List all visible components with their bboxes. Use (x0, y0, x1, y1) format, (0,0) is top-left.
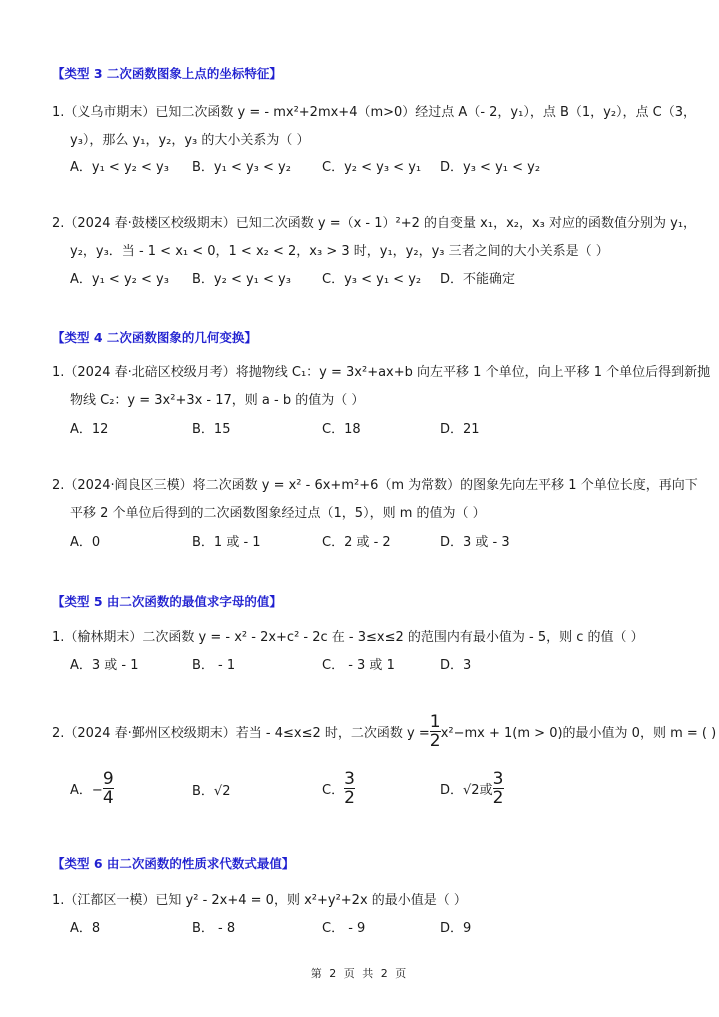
option-c: C．y₂ < y₃ < y₁ (322, 156, 421, 175)
option-d: D．不能确定 (440, 268, 515, 287)
question-text: 2.（2024 春·鄞州区校级期末）若当 - 4≤x≤2 时，二次函数 y = … (52, 713, 716, 750)
option-c: C． 32 (322, 770, 355, 807)
question-text: 2.（2024·阎良区三模）将二次函数 y = x² - 6x+m²+6（m 为… (52, 474, 698, 493)
question-text: 1.（榆林期末）二次函数 y = - x² - 2x+c² - 2c 在 - 3… (52, 626, 644, 645)
option-d: D．3 或 - 3 (440, 531, 510, 550)
fraction-one-half: 1 2 (430, 713, 441, 750)
question-text-pre: 2.（2024 春·鄞州区校级期末）若当 - 4≤x≤2 时，二次函数 y = (52, 722, 430, 741)
option-a: A．8 (70, 917, 100, 936)
fraction: 94 (103, 770, 114, 807)
option-c: C． - 3 或 1 (322, 654, 395, 673)
question-text: 1.（江都区一模）已知 y² - 2x+4 = 0，则 x²+y²+2x 的最小… (52, 889, 467, 908)
option-a: A．y₁ < y₂ < y₃ (70, 268, 169, 287)
page-footer: 第 2 页 共 2 页 (0, 965, 719, 981)
option-d: D．y₃ < y₁ < y₂ (440, 156, 540, 175)
option-b: B．y₂ < y₁ < y₃ (192, 268, 291, 287)
option-b: B．15 (192, 418, 230, 437)
question-text-post: x²−mx + 1(m > 0)的最小值为 0，则 m = ( ) (441, 722, 716, 741)
option-a: A．− 94 (70, 770, 114, 807)
option-c: C．y₃ < y₁ < y₂ (322, 268, 421, 287)
option-c: C．2 或 - 2 (322, 531, 391, 550)
question-text-continued: y₂，y₃．当 - 1 < x₁ < 0，1 < x₂ < 2，x₃ > 3 时… (70, 240, 609, 259)
section-heading-type5: 【类型 5 由二次函数的最值求字母的值】 (52, 592, 282, 610)
option-a: A．y₁ < y₂ < y₃ (70, 156, 169, 175)
section-heading-type4: 【类型 4 二次函数图象的几何变换】 (52, 328, 257, 346)
option-d: D．9 (440, 917, 471, 936)
question-text: 1.（义乌市期末）已知二次函数 y = - mx²+2mx+4（m>0）经过点 … (52, 101, 696, 120)
question-text-continued: 平移 2 个单位后得到的二次函数图象经过点（1，5），则 m 的值为（ ） (70, 502, 486, 521)
option-a: A．12 (70, 418, 108, 437)
option-a: A．0 (70, 531, 100, 550)
option-d: D．21 (440, 418, 480, 437)
fraction: 32 (493, 770, 504, 807)
option-b: B．1 或 - 1 (192, 531, 261, 550)
option-b: B．y₁ < y₃ < y₂ (192, 156, 291, 175)
option-b: B． - 1 (192, 654, 235, 673)
option-b: B． - 8 (192, 917, 235, 936)
question-text: 2.（2024 春·鼓楼区校级期末）已知二次函数 y =（x - 1）²+2 的… (52, 212, 696, 231)
question-text-continued: 物线 C₂：y = 3x²+3x - 17，则 a - b 的值为（ ） (70, 389, 364, 408)
option-a: A．3 或 - 1 (70, 654, 139, 673)
section-heading-type3: 【类型 3 二次函数图象上点的坐标特征】 (52, 64, 282, 82)
option-c: C． - 9 (322, 917, 365, 936)
fraction: 32 (344, 770, 355, 807)
option-d: D．3 (440, 654, 471, 673)
section-heading-type6: 【类型 6 由二次函数的性质求代数式最值】 (52, 854, 294, 872)
option-b: B．√2 (192, 780, 230, 799)
question-text: 1.（2024 春·北碚区校级月考）将抛物线 C₁：y = 3x²+ax+b 向… (52, 361, 710, 380)
option-d: D．√2或 32 (440, 770, 504, 807)
option-c: C．18 (322, 418, 361, 437)
question-text-continued: y₃），那么 y₁，y₂，y₃ 的大小关系为（ ） (70, 129, 310, 148)
